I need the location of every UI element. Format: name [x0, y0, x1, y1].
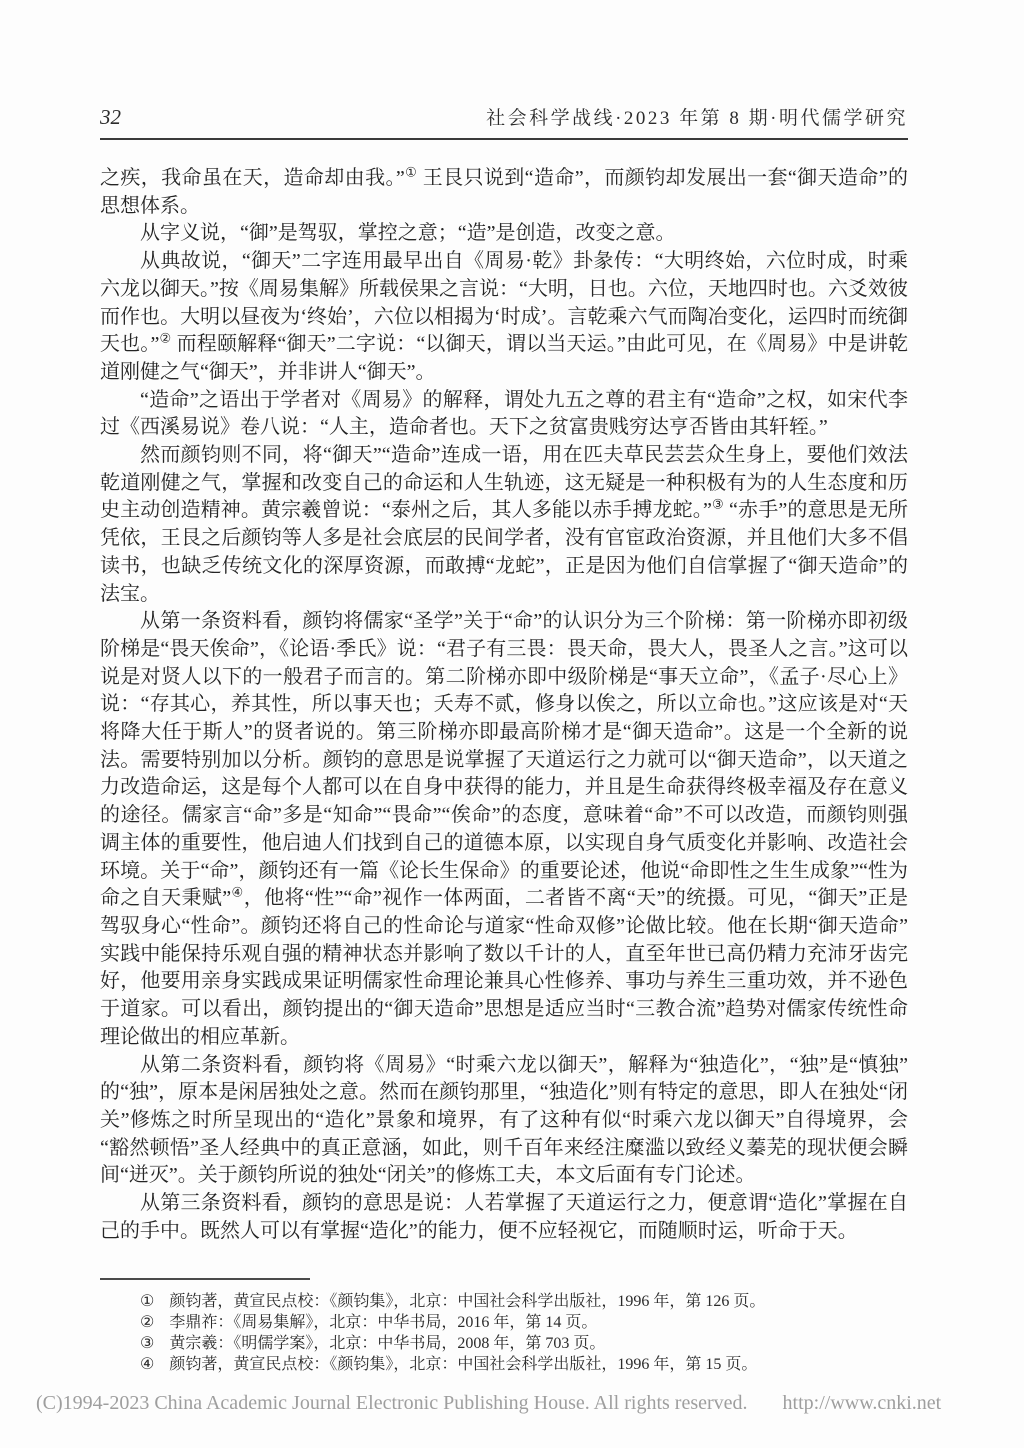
footnote-marker: ① [140, 1291, 154, 1312]
paragraph: 然而颜钧则不同，将“御天”“造命”连成一语，用在匹夫草民芸芸众生身上，要他们效法… [100, 442, 908, 608]
footnote-text: 颜钧著，黄宣民点校：《颜钧集》，北京：中国社会科学出版社，1996 年，第 15… [169, 1354, 908, 1375]
footnote-item: ③黄宗羲：《明儒学案》，北京：中华书局，2008 年，第 703 页。 [140, 1333, 908, 1354]
page-content: 32 社会科学战线·2023 年第 8 期·明代儒学研究 之疾，我命虽在天，造命… [0, 0, 1024, 1375]
footnote-separator-rule [100, 1278, 310, 1280]
footnote-item: ②李鼎祚：《周易集解》，北京：中华书局，2016 年，第 14 页。 [140, 1312, 908, 1333]
paragraph: 从典故说，“御天”二字连用最早出自《周易·乾》卦彖传：“大明终始，六位时成，时乘… [100, 248, 908, 387]
paragraph: 从第二条资料看，颜钧将《周易》“时乘六龙以御天”，解释为“独造化”，“独”是“慎… [100, 1052, 908, 1191]
page-number: 32 [100, 105, 121, 130]
footnote-reference: ④ [231, 885, 244, 900]
footnote-text: 颜钧著，黄宣民点校：《颜钧集》，北京：中国社会科学出版社，1996 年，第 12… [169, 1291, 908, 1312]
footnote-item: ④颜钧著，黄宣民点校：《颜钧集》，北京：中国社会科学出版社，1996 年，第 1… [140, 1354, 908, 1375]
paragraph: 之疾，我命虽在天，造命却由我。”① 王艮只说到“造命”，而颜钧却发展出一套“御天… [100, 165, 908, 220]
paragraph: 从字义说，“御”是驾驭，掌控之意；“造”是创造，改变之意。 [100, 220, 908, 248]
footnote-reference: ② [159, 331, 171, 346]
copyright-text: (C)1994-2023 China Academic Journal Elec… [36, 1392, 748, 1414]
footnote-marker: ③ [140, 1333, 154, 1354]
paragraph: 从第一条资料看，颜钧将儒家“圣学”关于“命”的认识分为三个阶梯：第一阶梯亦即初级… [100, 608, 908, 1051]
cnki-watermark: (C)1994-2023 China Academic Journal Elec… [36, 1392, 941, 1415]
footnote-reference: ③ [712, 497, 724, 512]
paragraph: “造命”之语出于学者对《周易》的解释，谓处九五之尊的君主有“造命”之权，如宋代李… [100, 387, 908, 442]
journal-title-line: 社会科学战线·2023 年第 8 期·明代儒学研究 [486, 103, 908, 130]
footnotes-section: ①颜钧著，黄宣民点校：《颜钧集》，北京：中国社会科学出版社，1996 年，第 1… [100, 1291, 908, 1375]
footnote-text: 黄宗羲：《明儒学案》，北京：中华书局，2008 年，第 703 页。 [169, 1333, 908, 1354]
article-body: 之疾，我命虽在天，造命却由我。”① 王艮只说到“造命”，而颜钧却发展出一套“御天… [100, 165, 908, 1245]
page-header: 32 社会科学战线·2023 年第 8 期·明代儒学研究 [100, 103, 908, 140]
footnote-marker: ④ [140, 1354, 154, 1375]
cnki-url: http://www.cnki.net [783, 1392, 942, 1414]
footnote-reference: ① [405, 164, 418, 179]
journal-page-scan: 32 社会科学战线·2023 年第 8 期·明代儒学研究 之疾，我命虽在天，造命… [0, 0, 1024, 1448]
paragraph: 从第三条资料看，颜钧的意思是说：人若掌握了天道运行之力，便意谓“造化”掌握在自己… [100, 1190, 908, 1245]
footnote-text: 李鼎祚：《周易集解》，北京：中华书局，2016 年，第 14 页。 [169, 1312, 908, 1333]
footnote-item: ①颜钧著，黄宣民点校：《颜钧集》，北京：中国社会科学出版社，1996 年，第 1… [140, 1291, 908, 1312]
footnote-marker: ② [140, 1312, 154, 1333]
